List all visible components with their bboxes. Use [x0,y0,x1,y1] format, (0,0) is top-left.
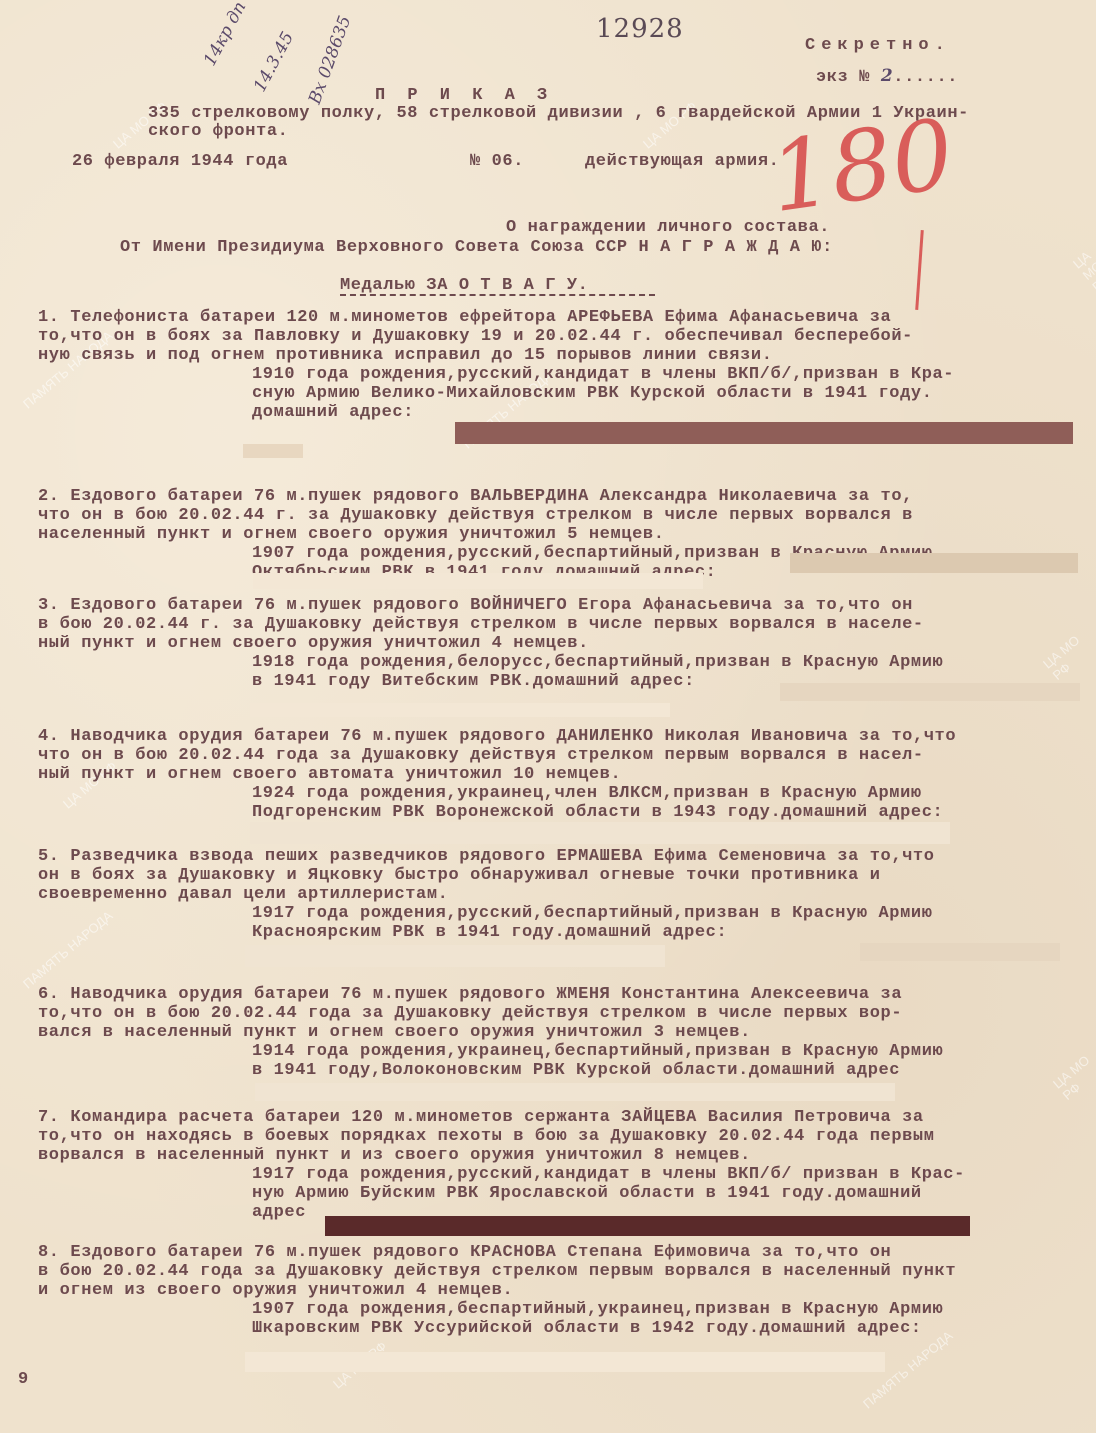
redaction-bar [250,822,950,844]
entry-first-line: 6. Наводчика орудия батареи 76 м.пушек р… [38,985,902,1004]
entry-bio-line: в 1941 году Витебским РВК.домашний адрес… [252,672,695,691]
entry-first-line: 3. Ездового батареи 76 м.пушек рядового … [38,596,913,615]
entry-first-line: 7. Командира расчета батареи 120 м.мином… [38,1108,924,1127]
entry-line: и огнем из своего оружия уничтожил 4 нем… [38,1281,513,1300]
entry-bio-line: 1914 года рождения,украинец,беспартийный… [252,1042,943,1061]
document-title: П Р И К А З [375,86,553,105]
entry-line: ворвался в населенный пункт и из своего … [38,1146,751,1165]
page-number: 9 [18,1370,29,1389]
entry-bio-line: адрес [252,1203,306,1222]
award-heading: Медалью ЗА О Т В А Г У. [340,276,588,295]
redaction-bar [790,553,1078,573]
entry-bio-line: сную Армию Велико-Михайловским РВК Курск… [252,384,933,403]
archive-number: 12928 [596,14,684,44]
entry-line: в бою 20.02.44 г. за Душаковку действуя … [38,615,924,634]
entry-bio-line: в 1941 году,Волоконовским РВК Курской об… [252,1061,900,1080]
entry-bio-line: 1924 года рождения,украинец,член ВЛКСМ,п… [252,784,922,803]
entry-line: ный пункт и огнем своего оружия уничтожи… [38,634,589,653]
entry-line: населенный пункт и огнем своего оружия у… [38,525,665,544]
entry-line: ную связь и под огнем противника исправи… [38,346,773,365]
redaction-bar [780,683,1080,701]
entry-line: то,что он в бою 20.02.44 года за Душаков… [38,1004,902,1023]
entry-bio-line: Шкаровским РВК Уссурийской области в 194… [252,1319,922,1338]
entry-line: в бою 20.02.44 года за Душаковку действу… [38,1262,956,1281]
copy-number-label: экз № 2...... [816,66,958,87]
entry-first-line: 1. Телефониста батареи 120 м.минометов е… [38,308,891,327]
entry-line: вался в населенный пункт и огнем своего … [38,1023,751,1042]
entry-first-line: 8. Ездового батареи 76 м.пушек рядового … [38,1243,891,1262]
copy-number: 2 [881,66,893,86]
entry-line: ный пункт и огнем своего автомата уничто… [38,765,621,784]
header-line: ского фронта. [148,122,288,141]
entry-line: что он в бою 20.02.44 г. за Душаковку де… [38,506,913,525]
redaction-bar [255,1083,895,1101]
redaction-bar [245,1352,885,1372]
entry-bio-line: 1917 года рождения,русский,кандидат в чл… [252,1165,965,1184]
entry-bio-line: 1917 года рождения,русский,беспартийный,… [252,904,933,923]
redaction-bar [860,943,1060,961]
entry-bio-line: 1910 года рождения,русский,кандидат в чл… [252,365,954,384]
entry-bio-line: домашний адрес: [252,403,414,422]
order-authority: От Имени Президиума Верховного Совета Со… [120,238,833,257]
redaction-bar [455,422,1073,444]
entry-first-line: 4. Наводчика орудия батареи 76 м.пушек р… [38,727,956,746]
redaction-bar [245,945,665,967]
entry-first-line: 2. Ездового батареи 76 м.пушек рядового … [38,487,913,506]
entry-bio-line: 1907 года рождения,беспартийный,украинец… [252,1300,943,1319]
entry-line: что он в бою 20.02.44 года за Душаковку … [38,746,924,765]
redaction-bar [253,573,703,589]
entry-line: своевременно давал цели артиллеристам. [38,885,448,904]
entry-line: то,что он находясь в боевых порядках пех… [38,1127,935,1146]
redaction-bar [250,703,670,717]
redaction-bar [325,1216,970,1236]
entry-bio-line: Подгоренским РВК Воронежской области в 1… [252,803,943,822]
entry-bio-line: 1918 года рождения,белорусс,беспартийный… [252,653,943,672]
entry-line: то,что он в боях за Павловку и Душаковку… [38,327,913,346]
order-subject: О награждении личного состава. [506,218,830,237]
entry-first-line: 5. Разведчика взвода пеших разведчиков р… [38,847,935,866]
order-date: 26 февраля 1944 года [72,152,288,171]
entry-line: он в боях за Душаковку и Яцковку быстро … [38,866,881,885]
classification-label: Секретно. [805,36,951,55]
redaction-bar [243,444,303,458]
header-line: 335 стрелковому полку, 58 стрелковой див… [148,104,969,123]
order-number: № 06. [470,152,524,171]
award-underline [340,294,655,296]
entry-bio-line: ную Армию Буйским РВК Ярославской област… [252,1184,922,1203]
entry-bio-line: Красноярским РВК в 1941 году.домашний ад… [252,923,727,942]
order-location: действующая армия. [585,152,779,171]
